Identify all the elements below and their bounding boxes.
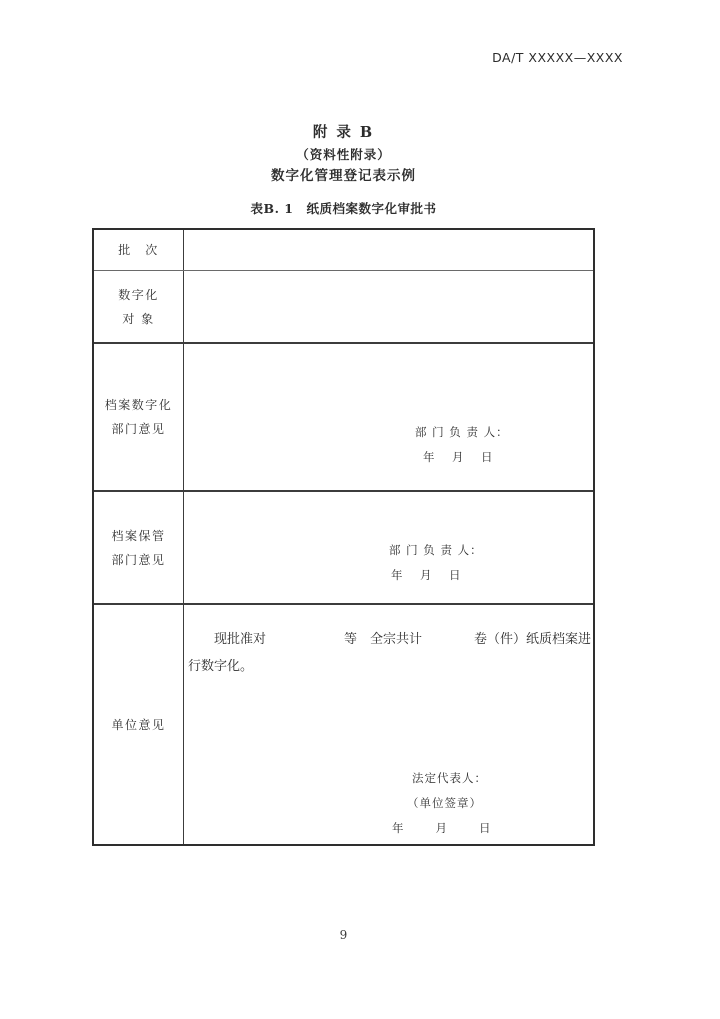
legal-representative-signature-label: 法定代表人：: [184, 766, 593, 791]
approval-form-table: 批 次 数字化 对 象 档案数字化 部门意见 部 门 负 责 人： 年 月 日 …: [92, 228, 595, 846]
department-head-signature-label: 部 门 负 责 人：: [184, 420, 593, 445]
page-number: 9: [92, 928, 595, 942]
signature-block: 法定代表人： （单位签章） 年 月 日: [184, 766, 593, 844]
appendix-description: 数字化管理登记表示例: [92, 165, 595, 187]
organization-seal-label: （单位签章）: [184, 791, 593, 816]
archive-custody-dept-opinion-row-label: 档案保管 部门意见: [94, 492, 184, 603]
appendix-title: 附 录 B: [92, 122, 595, 144]
table-row-digitization-object: 数字化 对 象: [94, 271, 593, 344]
signature-block: 部 门 负 责 人： 年 月 日: [184, 538, 593, 603]
digitization-object-row-label: 数字化 对 象: [94, 271, 184, 342]
table-row-batch: 批 次: [94, 230, 593, 271]
standard-number: DA/T XXXXX—XXXX: [492, 50, 623, 65]
approval-statement-text: 现批准对 等 全宗共计 卷（件）纸质档案进 行数字化。: [184, 605, 593, 680]
table-caption: 表B. 1 纸质档案数字化审批书: [92, 199, 595, 217]
appendix-subtitle: （资料性附录）: [92, 144, 595, 165]
signature-block: 部 门 负 责 人： 年 月 日: [184, 420, 593, 490]
table-row-digitization-dept-opinion: 档案数字化 部门意见 部 门 负 责 人： 年 月 日: [94, 344, 593, 492]
digitization-dept-opinion-row-label: 档案数字化 部门意见: [94, 344, 184, 490]
table-row-archive-custody-dept-opinion: 档案保管 部门意见 部 门 负 责 人： 年 月 日: [94, 492, 593, 605]
department-head-signature-label: 部 门 负 责 人：: [184, 538, 593, 563]
batch-value-cell: [184, 230, 593, 270]
document-page: DA/T XXXXX—XXXX 附 录 B （资料性附录） 数字化管理登记表示例…: [0, 0, 720, 1019]
table-row-organization-opinion: 单位意见 现批准对 等 全宗共计 卷（件）纸质档案进 行数字化。 法定代表人： …: [94, 605, 593, 844]
organization-opinion-row-label: 单位意见: [94, 605, 184, 844]
digitization-dept-opinion-cell: 部 门 负 责 人： 年 月 日: [184, 344, 593, 490]
appendix-title-block: 附 录 B （资料性附录） 数字化管理登记表示例: [92, 122, 595, 187]
date-line: 年 月 日: [184, 563, 593, 588]
date-line: 年 月 日: [184, 445, 593, 470]
batch-row-label: 批 次: [94, 230, 184, 270]
digitization-object-value-cell: [184, 271, 593, 342]
date-line: 年 月 日: [184, 816, 593, 841]
archive-custody-dept-opinion-cell: 部 门 负 责 人： 年 月 日: [184, 492, 593, 603]
organization-opinion-cell: 现批准对 等 全宗共计 卷（件）纸质档案进 行数字化。 法定代表人： （单位签章…: [184, 605, 593, 844]
